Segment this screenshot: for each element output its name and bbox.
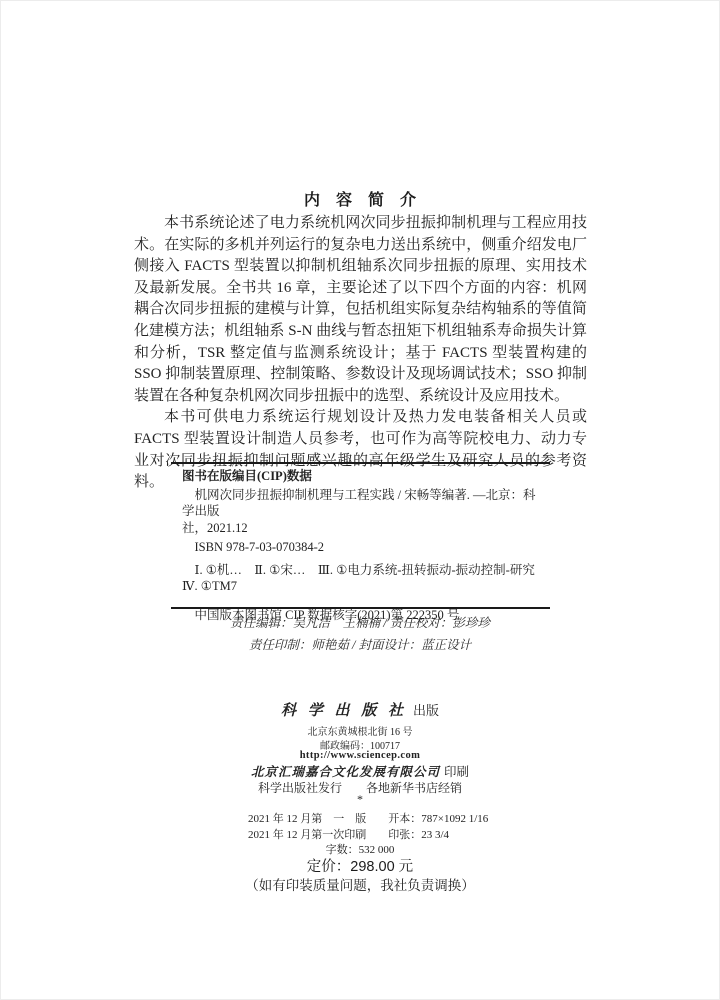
credit-line-printing-design: 责任印制：师艳茹 / 封面设计：蓝正设计 — [0, 634, 720, 656]
divider-asterisk: * — [0, 792, 720, 807]
cip-data-box: 图书在版编目(CIP)数据 机网次同步扭振抑制机理与工程实践 / 宋畅等编著. … — [171, 462, 550, 609]
publisher-logotype: 科 学 出 版 社 — [281, 703, 407, 719]
edition-line: 2021 年 12 月第 一 版 开本：787×1092 1/16 — [248, 810, 720, 826]
cip-isbn: ISBN 978-7-03-070384-2 — [182, 539, 542, 556]
publisher-line: 科 学 出 版 社出版 — [0, 699, 720, 720]
printing-line: 2021 年 12 月第一次印刷 印张：23 3/4 — [248, 826, 720, 842]
publisher-address: 北京东黄城根北街 16 号 — [0, 723, 720, 738]
cip-classification-continuation: Ⅳ. ①TM7 — [182, 578, 542, 595]
quality-notice: （如有印装质量问题，我社负责调换） — [0, 874, 720, 894]
credit-line-editors: 责任编辑：吴凡洁 王楠楠 / 责任校对：彭珍珍 — [0, 612, 720, 634]
publisher-suffix: 出版 — [413, 703, 439, 718]
publisher-website: http://www.sciencep.com — [0, 750, 720, 761]
book-copyright-page: 内 容 简 介 本书系统论述了电力系统机网次同步扭振抑制机理与工程应用技术。在实… — [0, 0, 720, 1000]
intro-paragraph-1: 本书系统论述了电力系统机网次同步扭振抑制机理与工程应用技术。在实际的多机并列运行… — [134, 213, 587, 407]
printer-logotype: 北京汇瑞嘉合文化发展有限公司 — [251, 765, 440, 779]
intro-body: 本书系统论述了电力系统机网次同步扭振抑制机理与工程应用技术。在实际的多机并列运行… — [134, 213, 587, 494]
printer-suffix: 印刷 — [444, 765, 469, 779]
price-line: 定价：298.00 元 — [0, 855, 720, 876]
credits-block: 责任编辑：吴凡洁 王楠楠 / 责任校对：彭珍珍 责任印制：师艳茹 / 封面设计：… — [0, 612, 720, 656]
cip-classification: Ⅰ. ①机… Ⅱ. ①宋… Ⅲ. ①电力系统-扭转振动-振动控制-研究 — [182, 562, 542, 579]
cip-title-entry-continuation: 社，2021.12 — [182, 520, 542, 537]
intro-title: 内 容 简 介 — [0, 187, 720, 210]
cip-title-entry: 机网次同步扭振抑制机理与工程实践 / 宋畅等编著. —北京：科学出版 — [182, 487, 542, 520]
cip-header: 图书在版编目(CIP)数据 — [182, 468, 542, 485]
printer-line: 北京汇瑞嘉合文化发展有限公司印刷 — [0, 762, 720, 780]
